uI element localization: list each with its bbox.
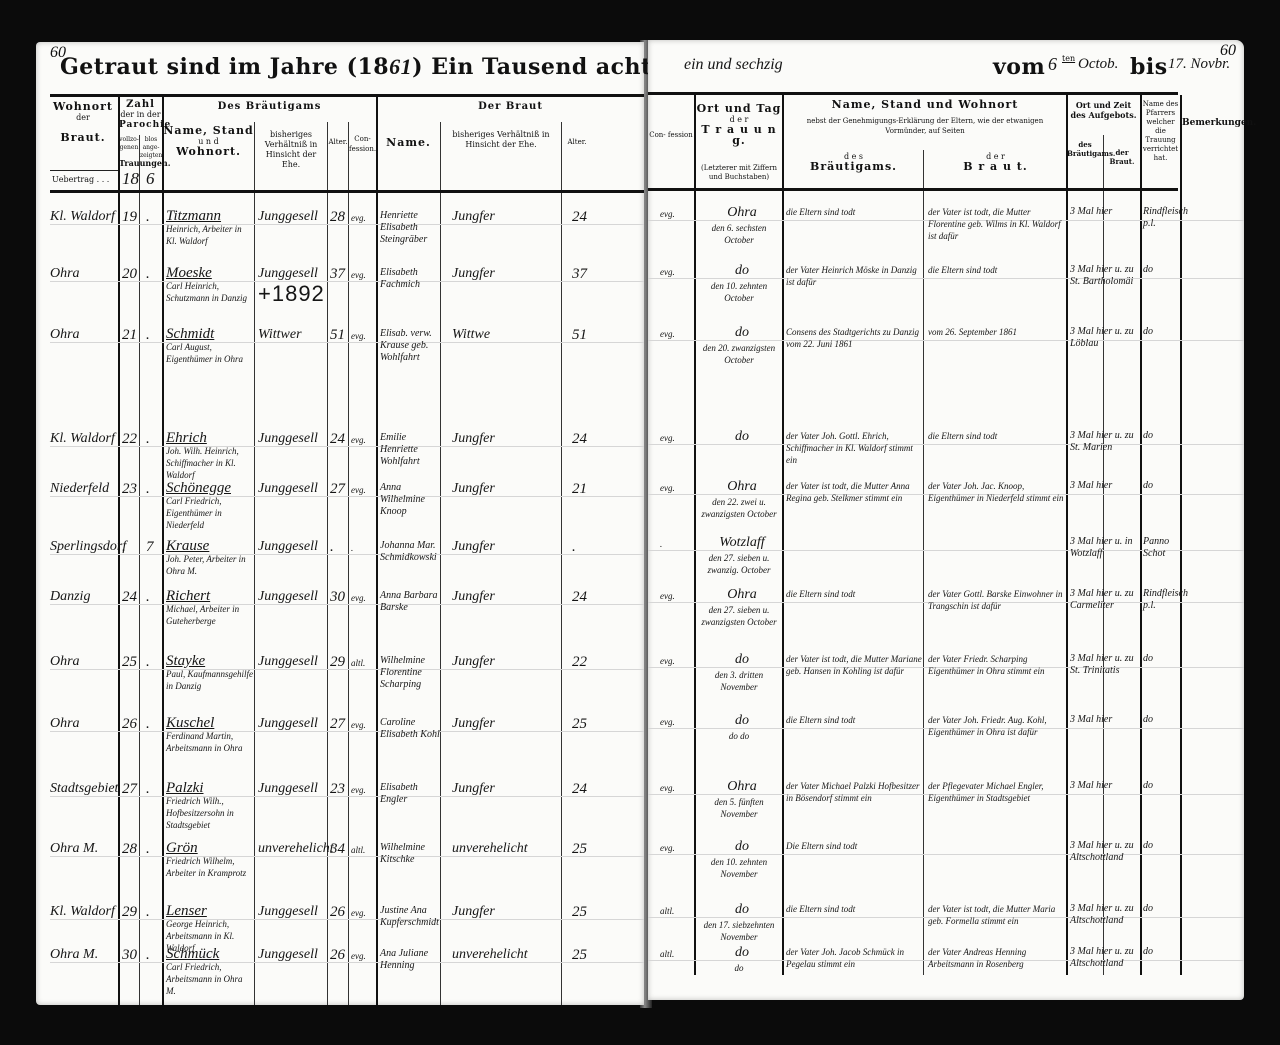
header-bemerkungen: Bemerkungen. <box>1182 118 1244 128</box>
announced-number: . <box>146 482 150 496</box>
bride-name: Emilie Henriette Wohlfahrt <box>380 432 440 468</box>
wedding-date: den 6. sechsten October <box>698 222 780 246</box>
bride-age: 37 <box>572 267 587 281</box>
bride-parents-consent: der Vater ist todt, die Mutter Maria geb… <box>928 903 1064 927</box>
groom-status: Junggesell <box>258 717 326 731</box>
header-confession: Con- fession <box>648 130 694 140</box>
header-top-rule <box>648 92 1178 95</box>
wedding-date: den 17. siebzehnten November <box>698 919 780 943</box>
bride-residence: Ohra <box>50 267 116 281</box>
bride-residence: Ohra <box>50 328 116 342</box>
wedding-date: den 27. sieben u. zwanzig. October <box>698 552 780 576</box>
groom-status: Junggesell <box>258 482 326 496</box>
bride-name: Johanna Mar. Schmidkowski <box>380 540 440 564</box>
banns: 3 Mal hier u. in Wotzlaff <box>1070 536 1140 560</box>
row-rule <box>50 604 644 605</box>
groom-age: 23 <box>330 782 345 796</box>
header-eltern-braut: d e rB r a u t. <box>925 152 1066 173</box>
bride-status: Jungfer <box>452 717 495 731</box>
col-divider <box>327 122 328 1005</box>
date-from-suffix: ten <box>1062 54 1075 63</box>
header-braut-group: Der Braut <box>377 102 644 112</box>
date-from-month: Octob. <box>1078 56 1118 73</box>
bride-status: Jungfer <box>452 782 495 796</box>
bride-age: 24 <box>572 210 587 224</box>
groom-status: Junggesell <box>258 267 326 281</box>
groom-given-occupation: Carl August, Eigenthümer in Ohra <box>166 341 254 365</box>
row-rule <box>50 554 644 555</box>
wedding-date: den 22. zwei u. zwanzigsten October <box>698 496 780 520</box>
confession: evg. <box>660 482 675 494</box>
bride-residence: Kl. Waldorf <box>50 210 116 224</box>
groom-parents-consent: der Vater ist todt, die Mutter Anna Regi… <box>786 480 922 504</box>
row-rule <box>50 342 644 343</box>
officiating-pastor: Rindfleisch p.l. <box>1143 206 1179 230</box>
right-page: ein und sechzig vom 6 ten Octob. bis 17.… <box>648 40 1244 1000</box>
col-divider <box>923 150 924 975</box>
marriage-number: . <box>122 540 126 554</box>
bride-age: 24 <box>572 432 587 446</box>
wedding-place: do <box>704 264 780 278</box>
header-braut-alter: Alter. <box>562 137 592 147</box>
announced-number: . <box>146 782 150 796</box>
banns: 3 Mal hier u. zu St. Bartholomäi <box>1070 264 1140 288</box>
header-braeutigam-name: Name, Standu n dWohnort. <box>163 126 254 158</box>
groom-age: 27 <box>330 482 345 496</box>
groom-status: Junggesell <box>258 905 326 919</box>
groom-status: Wittwer <box>258 328 326 342</box>
bride-residence: Ohra M. <box>50 948 116 962</box>
bride-name: Henriette Elisabeth Steingräber <box>380 210 440 246</box>
announced-number: . <box>146 267 150 281</box>
header-ort-tag: Ort und Tagd e rT r a u u n g. <box>696 104 782 147</box>
officiating-pastor: do <box>1143 840 1179 852</box>
row-rule <box>50 669 644 670</box>
col-divider <box>694 95 696 975</box>
header-trauungen: Trauungen. <box>119 158 162 168</box>
bride-residence: Niederfeld <box>50 482 116 496</box>
groom-parents-consent: der Vater Heinrich Möske in Danzig ist d… <box>786 264 922 288</box>
wedding-place: Ohra <box>704 480 780 494</box>
groom-name: Schmidt Carl August, Eigenthümer in Ohra <box>166 327 254 365</box>
marriage-number: 26 <box>122 717 137 731</box>
confession: . <box>660 538 662 550</box>
marriage-number: 25 <box>122 655 137 669</box>
groom-name: Schönegge Carl Friedrich, Eigenthümer in… <box>166 481 254 531</box>
groom-surname: Schmidt <box>166 326 214 342</box>
marriage-number: 23 <box>122 482 137 496</box>
bride-name: Elisabeth Fachmich <box>380 267 440 291</box>
banns: 3 Mal hier <box>1070 714 1140 726</box>
header-braeutigam-alter: Alter. <box>328 137 348 147</box>
wedding-place: do <box>704 946 780 960</box>
announced-number: . <box>146 590 150 604</box>
groom-age: 28 <box>330 210 345 224</box>
bride-residence: Kl. Waldorf <box>50 905 116 919</box>
bride-status: Jungfer <box>452 210 495 224</box>
groom-age: . <box>330 540 334 554</box>
title-vom: vom <box>993 54 1045 80</box>
groom-surname: Palzki <box>166 780 204 796</box>
groom-confession: evg. <box>351 484 366 496</box>
right-page-number: 60 <box>1220 42 1236 60</box>
bride-status: Jungfer <box>452 655 495 669</box>
wedding-date: den 20. zwanzigsten October <box>698 342 780 366</box>
bride-residence: Ohra M. <box>50 842 116 856</box>
bride-age: 25 <box>572 948 587 962</box>
header-aufgebot: Ort und Zeit des Aufgebots. <box>1067 100 1140 120</box>
banns: 3 Mal hier <box>1070 206 1140 218</box>
header-braeutigam-verhaeltnis: bisheriges Verhältniß in Hinsicht der Eh… <box>256 130 326 170</box>
groom-given-occupation: Friedrich Wilh., Hofbesitzersohn in Stad… <box>166 795 254 831</box>
bride-age: 25 <box>572 842 587 856</box>
announced-number: . <box>146 210 150 224</box>
header-bottom-rule <box>50 190 644 193</box>
col-divider <box>162 97 164 1005</box>
header-eltern-sub: nebst der Genehmigungs-Erklärung der Elt… <box>788 116 1062 136</box>
header-aufgebot-braut: der Braut. <box>1104 148 1140 166</box>
groom-age: 37 <box>330 267 345 281</box>
officiating-pastor: do <box>1143 714 1179 726</box>
groom-name: Ehrich Joh. Wilh. Heinrich, Schiffmacher… <box>166 431 254 481</box>
wedding-place: Ohra <box>704 206 780 220</box>
wedding-place: do <box>704 326 780 340</box>
officiating-pastor: Panno Schot <box>1143 536 1179 560</box>
groom-given-occupation: Ferdinand Martin, Arbeitsmann in Ohra <box>166 730 254 754</box>
bride-residence: Sperlingsdorf <box>50 540 116 554</box>
officiating-pastor: do <box>1143 326 1179 338</box>
bride-name: Anna Barbara Barske <box>380 590 440 614</box>
marriage-number: 30 <box>122 948 137 962</box>
groom-confession: evg. <box>351 434 366 446</box>
bride-name: Wilhelmine Florentine Scharping <box>380 655 440 691</box>
wedding-place: do <box>704 714 780 728</box>
groom-parents-consent: die Eltern sind todt <box>786 714 922 726</box>
announced-number: . <box>146 328 150 342</box>
title-year-handwritten: 61 <box>389 54 412 79</box>
bride-parents-consent: der Vater ist todt, die Mutter Florentin… <box>928 206 1064 242</box>
row-rule <box>50 962 644 963</box>
groom-status: Junggesell <box>258 655 326 669</box>
header-aufgebot-braeutigam: des Bräutigams. <box>1067 140 1103 158</box>
col-divider <box>348 122 349 1005</box>
groom-age: 29 <box>330 655 345 669</box>
groom-name: Palzki Friedrich Wilh., Hofbesitzersohn … <box>166 781 254 831</box>
marriage-number: 22 <box>122 432 137 446</box>
bride-age: 25 <box>572 717 587 731</box>
header-zahl: Zahlder in derParochie <box>119 100 162 130</box>
bride-parents-consent: vom 26. September 1861 <box>928 326 1064 338</box>
bride-name: Elisabeth Engler <box>380 782 440 806</box>
groom-confession: evg. <box>351 330 366 342</box>
groom-age: 30 <box>330 590 345 604</box>
groom-surname: Richert <box>166 588 210 604</box>
groom-age: 26 <box>330 905 345 919</box>
bride-parents-consent: der Vater Friedr. Scharping Eigenthümer … <box>928 653 1064 677</box>
groom-given-occupation: Carl Heinrich, Schutzmann in Danzig <box>166 280 254 304</box>
groom-name: Krause Joh. Peter, Arbeiter in Ohra M. <box>166 539 254 577</box>
uebertrag-vollzogen: 18 <box>122 169 139 189</box>
confession: evg. <box>660 782 675 794</box>
groom-name: Stayke Paul, Kaufmannsgehilfe in Danzig <box>166 654 254 692</box>
confession: evg. <box>660 716 675 728</box>
wedding-place: Wotzlaff <box>704 536 780 550</box>
banns: 3 Mal hier <box>1070 480 1140 492</box>
marriage-number: 28 <box>122 842 137 856</box>
groom-given-occupation: Michael, Arbeiter in Guteherberge <box>166 603 254 627</box>
banns: 3 Mal hier <box>1070 780 1140 792</box>
header-angezeigt: blos ange- zeigten <box>140 136 162 160</box>
header-ort-tag-note: (Letzterer mit Ziffern und Buchstaben) <box>696 164 782 182</box>
banns: 3 Mal hier u. zu Carmeliter <box>1070 588 1140 612</box>
wedding-place: do <box>704 430 780 444</box>
groom-surname: Schönegge <box>166 480 231 496</box>
title-printed-part-1: Getraut sind im Jahre (18 <box>60 54 389 80</box>
groom-surname: Kuschel <box>166 715 214 731</box>
banns: 3 Mal hier u. zu Altschottland <box>1070 903 1140 927</box>
bride-status: unverehelicht <box>452 842 528 856</box>
groom-parents-consent: der Vater Joh. Gottl. Ehrich, Schiffmach… <box>786 430 922 466</box>
row-rule <box>50 281 644 282</box>
groom-surname: Lenser <box>166 903 207 919</box>
bride-status: Wittwe <box>452 328 490 342</box>
announced-number: . <box>146 842 150 856</box>
groom-name: Moeske Carl Heinrich, Schutzmann in Danz… <box>166 266 254 304</box>
groom-name: Kuschel Ferdinand Martin, Arbeitsmann in… <box>166 716 254 754</box>
wedding-place: do <box>704 903 780 917</box>
groom-parents-consent: die Eltern sind todt <box>786 588 922 600</box>
groom-confession: evg. <box>351 592 366 604</box>
bride-status: Jungfer <box>452 482 495 496</box>
groom-parents-consent: Die Eltern sind todt <box>786 840 922 852</box>
row-rule <box>50 224 644 225</box>
bride-residence: Stadtsgebiet <box>50 782 116 796</box>
groom-given-occupation: Paul, Kaufmannsgehilfe in Danzig <box>166 668 254 692</box>
bride-parents-consent: der Vater Joh. Friedr. Aug. Kohl, Eigent… <box>928 714 1064 738</box>
groom-parents-consent: der Vater Michael Palzki Hofbesitzer in … <box>786 780 922 804</box>
wedding-date: den 5. fünften November <box>698 796 780 820</box>
officiating-pastor: do <box>1143 653 1179 665</box>
title-year-words-handwritten: ein und sechzig <box>684 56 783 74</box>
bride-parents-consent: der Vater Joh. Jac. Knoop, Eigenthümer i… <box>928 480 1064 504</box>
marriage-number: 29 <box>122 905 137 919</box>
groom-parents-consent: die Eltern sind todt <box>786 206 922 218</box>
wedding-date: do <box>698 962 780 974</box>
officiating-pastor: do <box>1143 780 1179 792</box>
bride-name: Wilhelmine Kitschke <box>380 842 440 866</box>
header-braeutigam-confession: Con- fession. <box>349 134 376 154</box>
marriage-number: 20 <box>122 267 137 281</box>
confession: altl. <box>660 948 674 960</box>
announced-number: 7 <box>146 540 154 554</box>
header-pfarrer: Name des Pfarrers welcher die Trauung ve… <box>1141 100 1180 163</box>
marriage-number: 19 <box>122 210 137 224</box>
bride-residence: Ohra <box>50 655 116 669</box>
header-wohnort: WohnortderBraut. <box>50 102 116 144</box>
wedding-date: den 27. sieben u. zwanzigsten October <box>698 604 780 628</box>
groom-confession: evg. <box>351 212 366 224</box>
bride-age: 21 <box>572 482 587 496</box>
uebertrag-angezeigt: 6 <box>146 169 155 189</box>
marriage-number: 21 <box>122 328 137 342</box>
groom-status: Junggesell <box>258 540 326 554</box>
col-divider <box>440 122 441 1005</box>
uebertrag-label: Uebertrag . . . <box>52 175 118 185</box>
col-divider <box>139 135 140 1005</box>
groom-surname: Stayke <box>166 653 205 669</box>
groom-confession: evg. <box>351 719 366 731</box>
col-divider <box>561 122 562 1005</box>
bride-name: Anna Wilhelmine Knoop <box>380 482 440 518</box>
groom-age: 24 <box>330 432 345 446</box>
bride-status: Jungfer <box>452 540 495 554</box>
banns: 3 Mal hier u. zu Altschottland <box>1070 840 1140 864</box>
groom-parents-consent: der Vater ist todt, die Mutter Mariane g… <box>786 653 922 677</box>
banns: 3 Mal hier u. zu Löblau <box>1070 326 1140 350</box>
bride-status: Jungfer <box>452 590 495 604</box>
officiating-pastor: do <box>1143 480 1179 492</box>
groom-confession: evg. <box>351 784 366 796</box>
bride-status: Jungfer <box>452 905 495 919</box>
row-rule <box>50 796 644 797</box>
col-divider <box>782 95 784 975</box>
groom-confession: evg. <box>351 950 366 962</box>
confession: altl. <box>660 905 674 917</box>
groom-confession: altl. <box>351 844 365 856</box>
officiating-pastor: do <box>1143 430 1179 442</box>
announced-number: . <box>146 432 150 446</box>
groom-surname: Krause <box>166 538 209 554</box>
groom-parents-consent: die Eltern sind todt <box>786 903 922 915</box>
announced-number: . <box>146 717 150 731</box>
wedding-place: do <box>704 840 780 854</box>
bride-age: 51 <box>572 328 587 342</box>
confession: evg. <box>660 655 675 667</box>
col-divider <box>254 122 255 1005</box>
groom-given-occupation: Carl Friedrich, Arbeitsmann in Ohra M. <box>166 961 254 997</box>
bride-name: Caroline Elisabeth Kohl <box>380 717 440 741</box>
groom-status: Junggesell <box>258 432 326 446</box>
bride-name: Justine Ana Kupferschmidt <box>380 905 440 929</box>
marriage-number: 27 <box>122 782 137 796</box>
bride-age: 22 <box>572 655 587 669</box>
groom-age: 27 <box>330 717 345 731</box>
bride-parents-consent: die Eltern sind todt <box>928 264 1064 276</box>
col-divider <box>1140 95 1142 975</box>
groom-age: 34 <box>330 842 345 856</box>
bride-status: Jungfer <box>452 432 495 446</box>
bride-parents-consent: der Vater Gottl. Barske Einwohner in Tra… <box>928 588 1064 612</box>
groom-given-occupation: Friedrich Wilhelm, Arbeiter in Kramprotz <box>166 855 254 879</box>
officiating-pastor: do <box>1143 946 1179 958</box>
bride-name: Elisab. verw. Krause geb. Wohlfahrt <box>380 328 440 364</box>
groom-name: Titzmann Heinrich, Arbeiter in Kl. Waldo… <box>166 209 254 247</box>
wedding-date: den 10. zehnten October <box>698 280 780 304</box>
row-rule <box>648 854 1244 855</box>
wedding-date: do do <box>698 730 780 742</box>
left-page: 60 Getraut sind im Jahre (1861) Ein Taus… <box>36 42 644 1005</box>
row-rule <box>50 856 644 857</box>
bride-age: 24 <box>572 590 587 604</box>
groom-age: 51 <box>330 328 345 342</box>
confession: evg. <box>660 432 675 444</box>
announced-number: . <box>146 948 150 962</box>
bride-status: Jungfer <box>452 267 495 281</box>
groom-given-occupation: Joh. Peter, Arbeiter in Ohra M. <box>166 553 254 577</box>
officiating-pastor: Rindfleisch p.l. <box>1143 588 1179 612</box>
confession: evg. <box>660 590 675 602</box>
groom-surname: Ehrich <box>166 430 207 446</box>
confession: evg. <box>660 328 675 340</box>
groom-name: Schmück Carl Friedrich, Arbeitsmann in O… <box>166 947 254 997</box>
banns: 3 Mal hier u. zu Altschottland <box>1070 946 1140 970</box>
bride-residence: Danzig <box>50 590 116 604</box>
header-vollzogen: vollzo- genen <box>119 136 139 152</box>
groom-given-occupation: Joh. Wilh. Heinrich, Schiffmacher in Kl.… <box>166 445 254 481</box>
officiating-pastor: do <box>1143 903 1179 915</box>
groom-status: Junggesell <box>258 590 326 604</box>
header-bottom-rule <box>648 188 1178 191</box>
groom-confession: evg. <box>351 907 366 919</box>
groom-age: 26 <box>330 948 345 962</box>
groom-confession: altl. <box>351 657 365 669</box>
groom-status: unverehelicht <box>258 842 326 856</box>
margin-annotation: +1892 <box>258 287 325 301</box>
row-rule <box>648 340 1244 341</box>
row-rule <box>50 446 644 447</box>
header-eltern-braeutigam: d e sBräutigams. <box>784 152 923 173</box>
bride-name: Ana Juliane Henning <box>380 948 440 972</box>
confession: evg. <box>660 266 675 278</box>
bride-parents-consent: der Pflegevater Michael Engler, Eigenthü… <box>928 780 1064 804</box>
groom-status: Junggesell <box>258 210 326 224</box>
header-braut-verhaeltnis: bisheriges Verhältniß in Hinsicht der Eh… <box>442 130 560 150</box>
groom-surname: Titzmann <box>166 208 221 224</box>
bride-age: . <box>572 540 576 554</box>
row-rule <box>648 444 1244 445</box>
groom-given-occupation: Heinrich, Arbeiter in Kl. Waldorf <box>166 223 254 247</box>
announced-number: . <box>146 905 150 919</box>
uebertrag-rule <box>50 170 118 171</box>
groom-confession: evg. <box>351 269 366 281</box>
header-braut-name: Name. <box>377 138 440 149</box>
title-bis: bis <box>1130 54 1168 80</box>
col-divider <box>376 97 378 1005</box>
wedding-date: den 3. dritten November <box>698 669 780 693</box>
header-eltern-group: Name, Stand und Wohnort <box>784 100 1066 111</box>
banns: 3 Mal hier u. zu St. Marien <box>1070 430 1140 454</box>
wedding-date: den 10. zehnten November <box>698 856 780 880</box>
header-top-rule <box>50 94 644 97</box>
groom-name: Grön Friedrich Wilhelm, Arbeiter in Kram… <box>166 841 254 879</box>
groom-surname: Moeske <box>166 265 212 281</box>
groom-parents-consent: der Vater Joh. Jacob Schmück in Pegelau … <box>786 946 922 970</box>
groom-name: Richert Michael, Arbeiter in Guteherberg… <box>166 589 254 627</box>
bride-residence: Kl. Waldorf <box>50 432 116 446</box>
wedding-place: Ohra <box>704 780 780 794</box>
header-braeutigam-group: Des Bräutigams <box>163 102 376 112</box>
groom-surname: Schmück <box>166 946 219 962</box>
bride-parents-consent: die Eltern sind todt <box>928 430 1064 442</box>
bride-residence: Ohra <box>50 717 116 731</box>
officiating-pastor: do <box>1143 264 1179 276</box>
wedding-place: Ohra <box>704 588 780 602</box>
marriage-number: 24 <box>122 590 137 604</box>
wedding-place: do <box>704 653 780 667</box>
col-divider <box>1066 95 1068 975</box>
bride-parents-consent: der Vater Andreas Henning Arbeitsmann in… <box>928 946 1064 970</box>
announced-number: . <box>146 655 150 669</box>
